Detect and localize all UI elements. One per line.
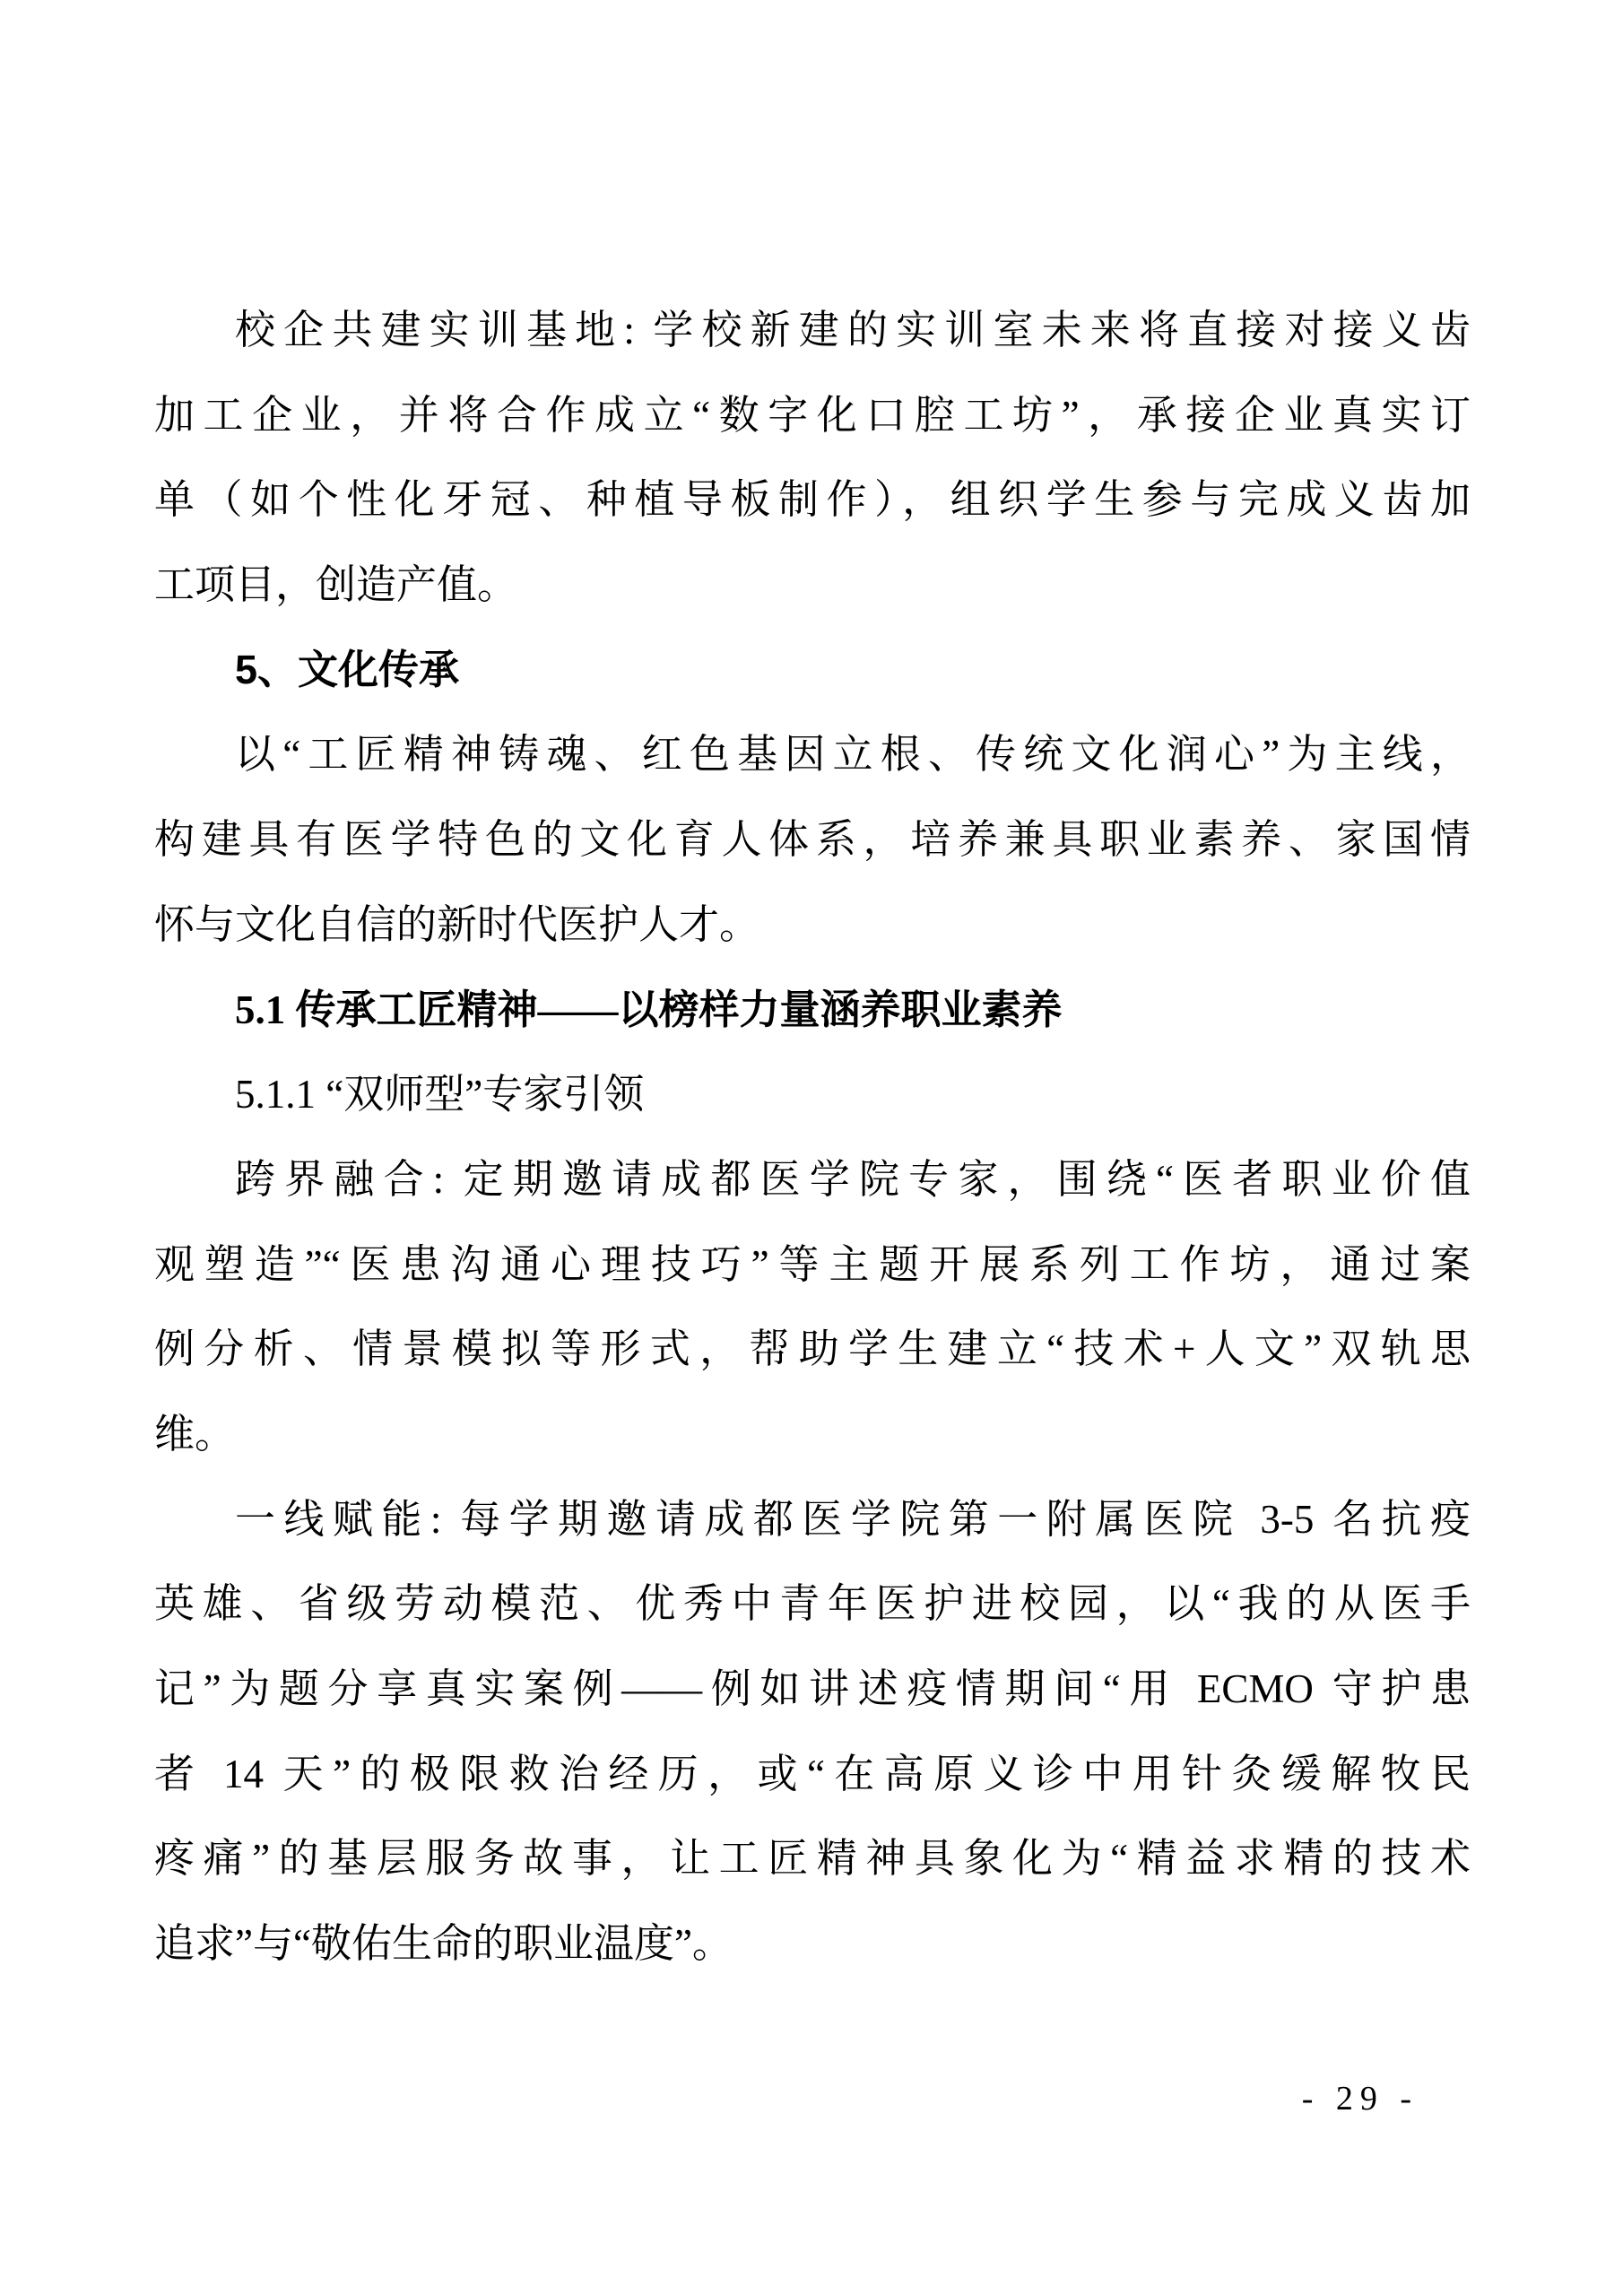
text-line: 构建具有医学特色的文化育人体系，培养兼具职业素养、家国情	[154, 797, 1471, 883]
text-line: 以“工匠精神铸魂、红色基因立根、传统文化润心”为主线，	[154, 712, 1471, 797]
text-line: 怀与文化自信的新时代医护人才。	[154, 883, 1471, 968]
text-line: 校企共建实训基地: 学校新建的实训室未来将直接对接义齿	[154, 288, 1471, 373]
text-line: 例分析、情景模拟等形式，帮助学生建立“技术+人文”双轨思	[154, 1307, 1471, 1392]
text-line: 维。	[154, 1392, 1471, 1477]
text-line: 一线赋能: 每学期邀请成都医学院第一附属医院 3-5 名抗疫	[154, 1477, 1471, 1562]
subsection-heading-5-1-1: 5.1.1 “双师型”专家引领	[154, 1052, 1471, 1137]
document-page: 校企共建实训基地: 学校新建的实训室未来将直接对接义齿 加工企业，并将合作成立“…	[0, 0, 1623, 2296]
paragraph-cross-field: 跨界融合: 定期邀请成都医学院专家，围绕“医者职业价值 观塑造”“医患沟通心理技…	[154, 1137, 1471, 1477]
text-line: 观塑造”“医患沟通心理技巧”等主题开展系列工作坊，通过案	[154, 1222, 1471, 1308]
text-line: 英雄、省级劳动模范、优秀中青年医护进校园，以“我的从医手	[154, 1561, 1471, 1647]
page-number: - 29 -	[1302, 2079, 1419, 2118]
text-line: 记”为题分享真实案例——例如讲述疫情期间“用 ECMO 守护患	[154, 1647, 1471, 1732]
paragraph-frontline: 一线赋能: 每学期邀请成都医学院第一附属医院 3-5 名抗疫 英雄、省级劳动模范…	[154, 1477, 1471, 1987]
paragraph-training-base: 校企共建实训基地: 学校新建的实训室未来将直接对接义齿 加工企业，并将合作成立“…	[154, 288, 1471, 628]
text-line: 工项目，创造产值。	[154, 543, 1471, 628]
text-line: 单（如个性化牙冠、种植导板制作），组织学生参与完成义齿加	[154, 457, 1471, 543]
text-line: 追求”与“敬佑生命的职业温度”。	[154, 1901, 1471, 1987]
section-heading-culture: 5、文化传承	[154, 628, 1471, 713]
text-line: 跨界融合: 定期邀请成都医学院专家，围绕“医者职业价值	[154, 1137, 1471, 1222]
text-line: 者 14 天”的极限救治经历，或“在高原义诊中用针灸缓解牧民	[154, 1732, 1471, 1817]
subsection-heading-5-1: 5.1 传承工匠精神——以榜样力量涵养职业素养	[154, 968, 1471, 1053]
document-content: 校企共建实训基地: 学校新建的实训室未来将直接对接义齿 加工企业，并将合作成立“…	[154, 288, 1471, 1987]
text-line: 加工企业，并将合作成立“数字化口腔工坊”，承接企业真实订	[154, 373, 1471, 458]
paragraph-culture-intro: 以“工匠精神铸魂、红色基因立根、传统文化润心”为主线， 构建具有医学特色的文化育…	[154, 712, 1471, 967]
text-line: 疼痛”的基层服务故事，让工匠精神具象化为“精益求精的技术	[154, 1816, 1471, 1901]
